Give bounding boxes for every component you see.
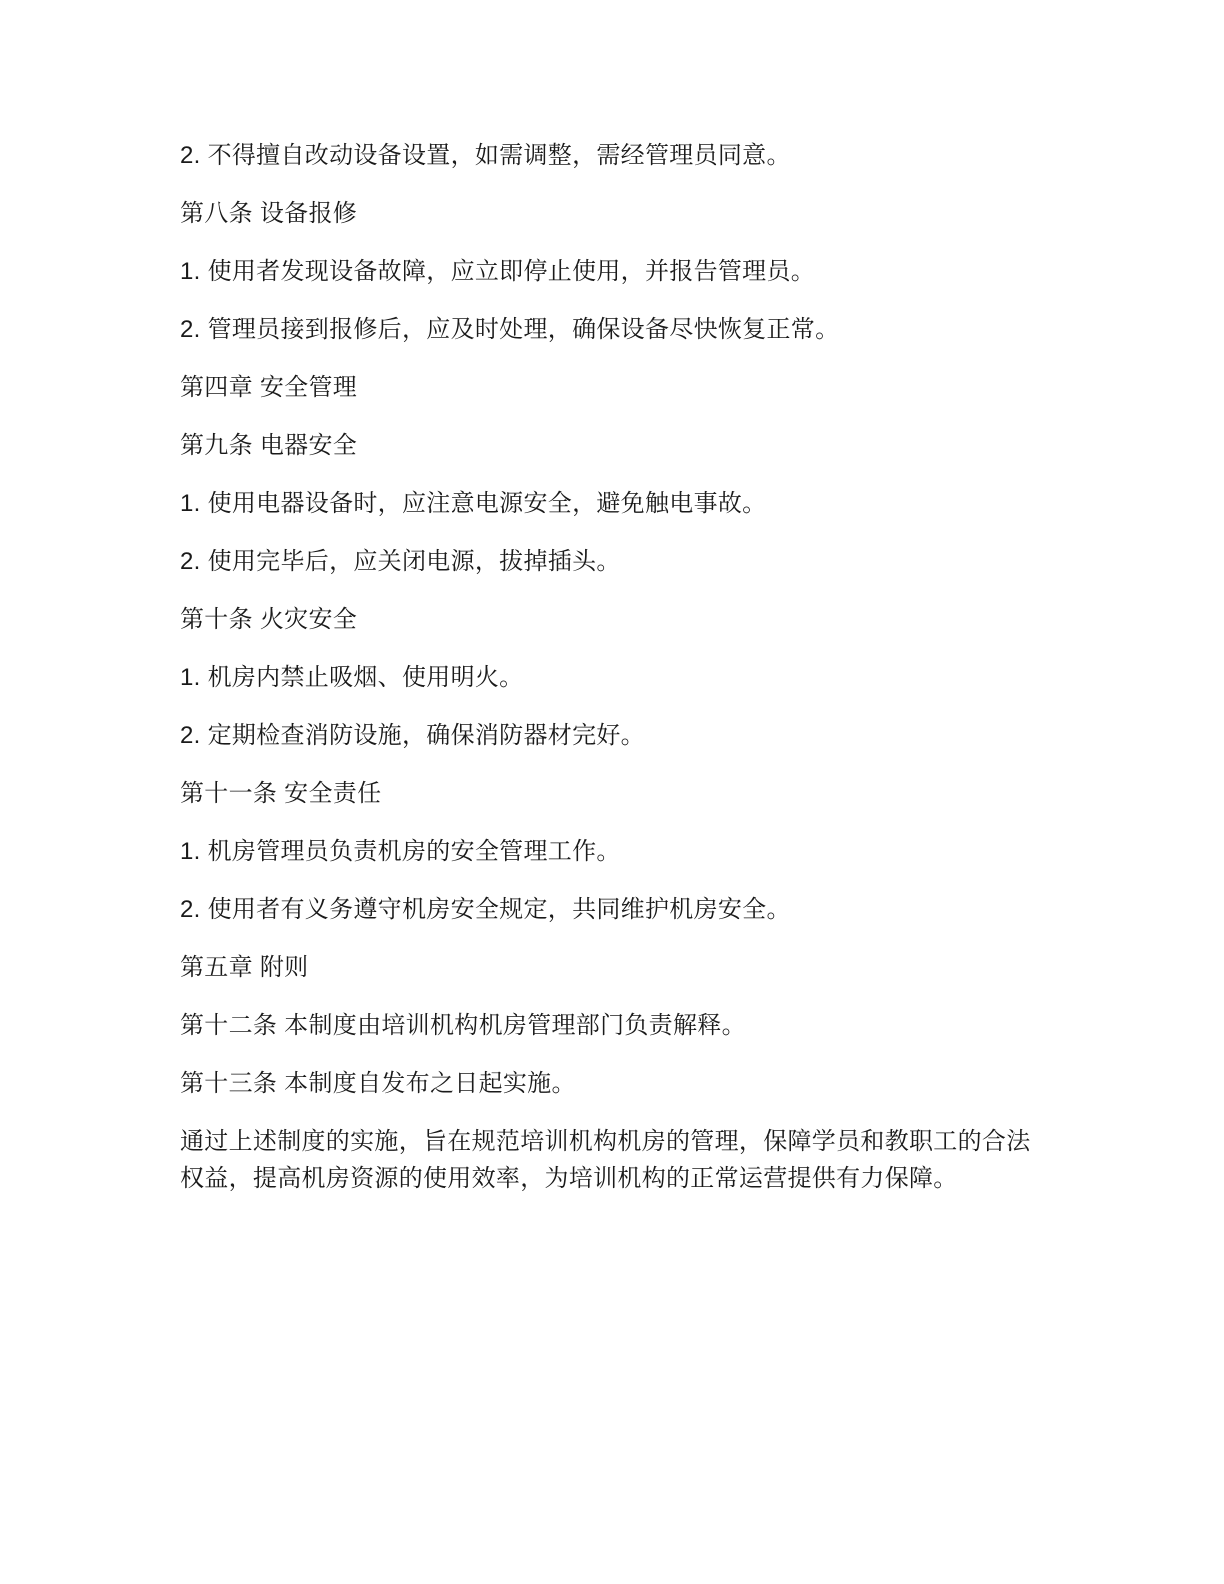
closing-paragraph: 通过上述制度的实施，旨在规范培训机构机房的管理，保障学员和教职工的合法权益，提高…: [180, 1123, 1046, 1197]
clause-item: 2. 使用者有义务遵守机房安全规定，共同维护机房安全。: [180, 891, 1046, 928]
article-13-clause: 第十三条 本制度自发布之日起实施。: [180, 1065, 1046, 1102]
clause-item: 1. 使用电器设备时，应注意电源安全，避免触电事故。: [180, 485, 1046, 522]
clause-item: 2. 定期检查消防设施，确保消防器材完好。: [180, 717, 1046, 754]
document-page: 2. 不得擅自改动设备设置，如需调整，需经管理员同意。 第八条 设备报修 1. …: [0, 0, 1224, 1584]
clause-item: 1. 机房管理员负责机房的安全管理工作。: [180, 833, 1046, 870]
article-11-heading: 第十一条 安全责任: [180, 775, 1046, 812]
clause-item: 2. 管理员接到报修后，应及时处理，确保设备尽快恢复正常。: [180, 311, 1046, 348]
clause-item: 2. 使用完毕后，应关闭电源，拔掉插头。: [180, 543, 1046, 580]
article-12-clause: 第十二条 本制度由培训机构机房管理部门负责解释。: [180, 1007, 1046, 1044]
article-8-heading: 第八条 设备报修: [180, 195, 1046, 232]
article-10-heading: 第十条 火灾安全: [180, 601, 1046, 638]
clause-item: 2. 不得擅自改动设备设置，如需调整，需经管理员同意。: [180, 137, 1046, 174]
chapter-5-heading: 第五章 附则: [180, 949, 1046, 986]
chapter-4-heading: 第四章 安全管理: [180, 369, 1046, 406]
clause-item: 1. 机房内禁止吸烟、使用明火。: [180, 659, 1046, 696]
article-9-heading: 第九条 电器安全: [180, 427, 1046, 464]
clause-item: 1. 使用者发现设备故障，应立即停止使用，并报告管理员。: [180, 253, 1046, 290]
